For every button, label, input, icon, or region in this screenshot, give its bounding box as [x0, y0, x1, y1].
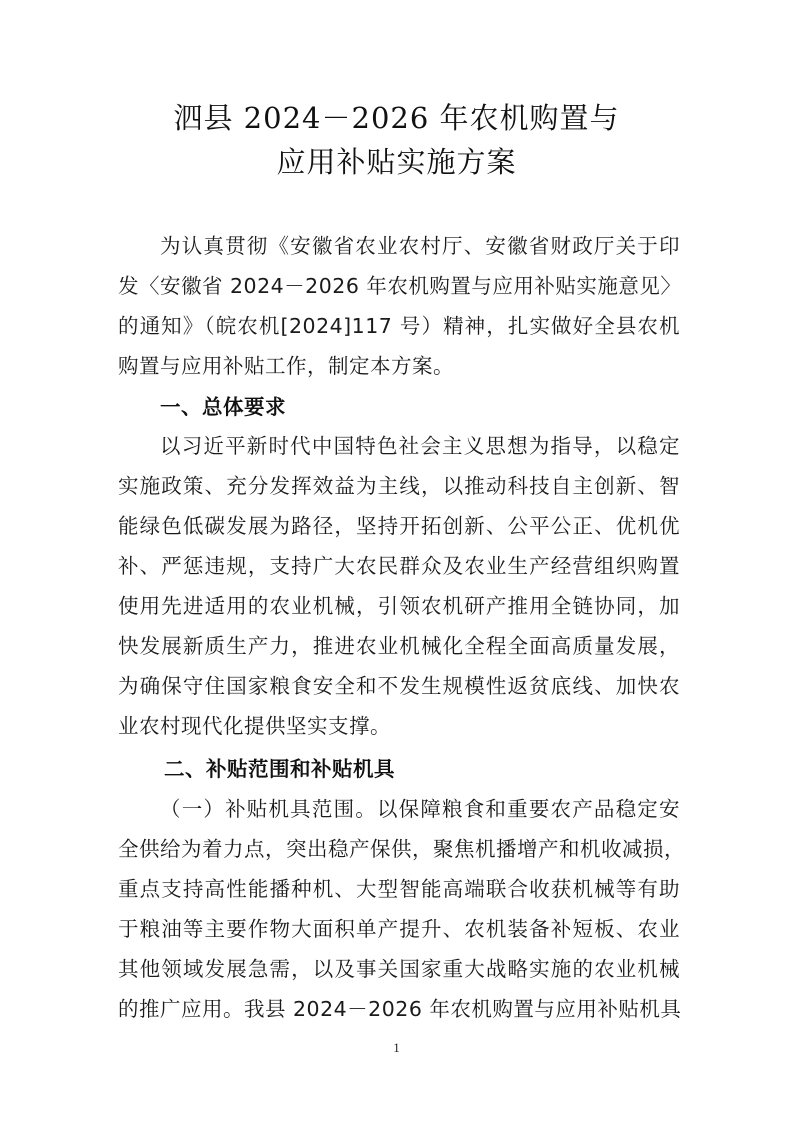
section-heading-subsidy-scope: 二、补贴范围和补贴机具: [164, 755, 395, 783]
intro-paragraph-line: 发〈安徽省 2024－2026 年农机购置与应用补贴实施意见〉: [118, 272, 680, 300]
document-title-line-2: 应用补贴实施方案: [0, 142, 793, 182]
document-title-line-1: 泗县 2024－2026 年农机购置与: [0, 98, 793, 138]
section-1-paragraph-line: 能绿色低碳发展为路径，坚持开拓创新、公平公正、优机优: [118, 512, 680, 540]
section-2-paragraph-line: 其他领域发展急需，以及事关国家重大战略实施的农业机械: [118, 955, 680, 983]
section-2-paragraph-line: 于粮油等主要作物大面积单产提升、农机装备补短板、农业: [118, 915, 680, 943]
section-2-paragraph-line: 全供给为着力点，突出稳产保供，聚焦机播增产和机收减损，: [118, 835, 680, 863]
section-2-paragraph-line: 重点支持高性能播种机、大型智能高端联合收获机械等有助: [118, 875, 680, 903]
section-heading-general-requirements: 一、总体要求: [160, 393, 286, 421]
section-1-paragraph-line: 快发展新质生产力，推进农业机械化全程全面高质量发展，: [118, 632, 680, 660]
section-2-paragraph-line: （一）补贴机具范围。以保障粮食和重要农产品稳定安: [160, 795, 680, 823]
section-1-paragraph-line: 补、严惩违规，支持广大农民群众及农业生产经营组织购置: [118, 552, 680, 580]
section-1-paragraph-line: 实施政策、充分发挥效益为主线，以推动科技自主创新、智: [118, 472, 680, 500]
intro-paragraph-line: 的通知》（皖农机[2024]117 号）精神，扎实做好全县农机: [118, 312, 680, 340]
page-number: 1: [0, 1040, 793, 1056]
section-2-paragraph-line: 的推广应用。我县 2024－2026 年农机购置与应用补贴机具: [118, 995, 680, 1023]
section-1-paragraph-line: 使用先进适用的农业机械，引领农机研产推用全链协同，加: [118, 592, 680, 620]
document-page: 泗县 2024－2026 年农机购置与 应用补贴实施方案 为认真贯彻《安徽省农业…: [0, 0, 793, 1122]
section-1-paragraph-line: 以习近平新时代中国特色社会主义思想为指导，以稳定: [160, 432, 680, 460]
intro-paragraph-line: 为认真贯彻《安徽省农业农村厅、安徽省财政厅关于印: [160, 232, 680, 260]
section-1-paragraph-line: 为确保守住国家粮食安全和不发生规模性返贫底线、加快农: [118, 672, 680, 700]
intro-paragraph-line: 购置与应用补贴工作，制定本方案。: [118, 352, 680, 380]
section-1-paragraph-line: 业农村现代化提供坚实支撑。: [118, 712, 680, 740]
